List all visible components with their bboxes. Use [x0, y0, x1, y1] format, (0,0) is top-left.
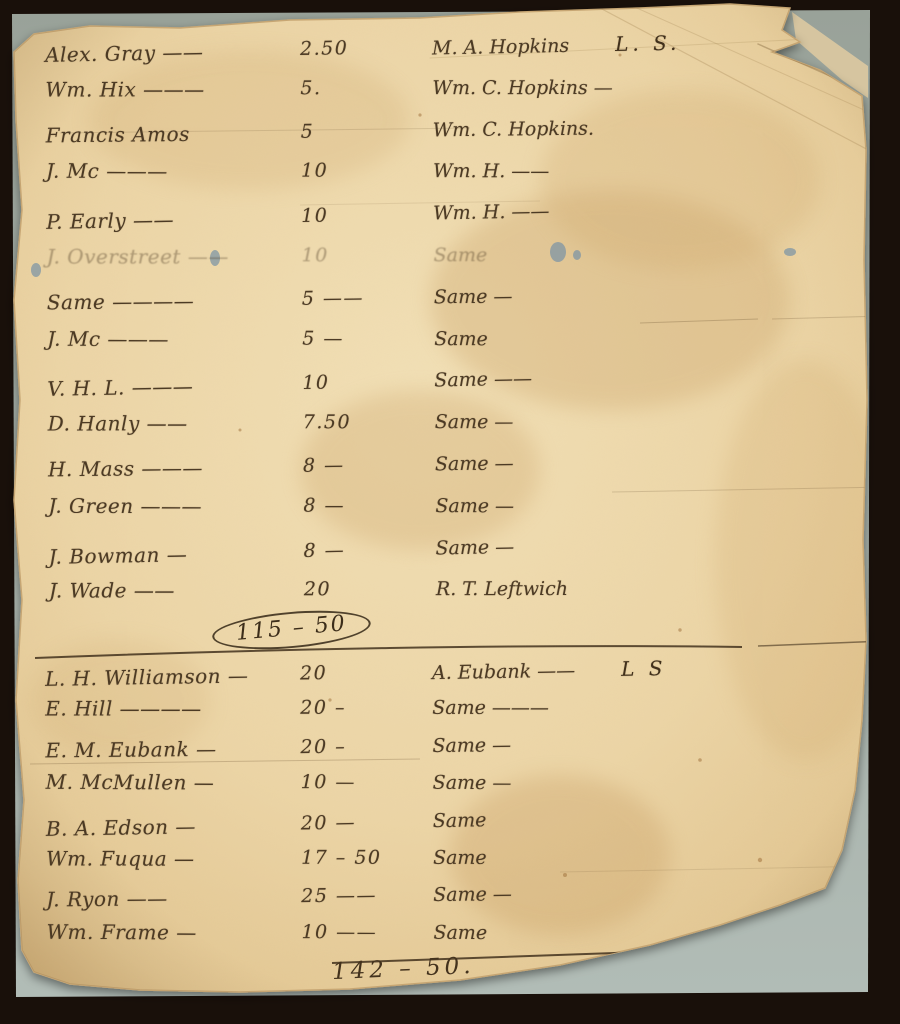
payee-cell: Wm. C. Hopkins.	[433, 117, 595, 141]
payer-name: J. Bowman —	[48, 542, 187, 569]
payer-name: V. H. L. ———	[47, 374, 193, 401]
payee-cell: Wm. C. Hopkins —	[432, 77, 612, 99]
payee-name: A. Eubank ——	[432, 660, 576, 684]
payer-name: Wm. Hix ———	[45, 77, 204, 101]
payee-cell: Same —	[435, 411, 514, 433]
fee-amount: 5	[301, 120, 315, 142]
fee-amount: 2.50	[300, 37, 349, 60]
payee-name: Wm. H. ——	[433, 200, 550, 224]
scanned-ledger-document: Alex. Gray —— 2.50 M. A. HopkinsL. S. Wm…	[0, 0, 900, 1024]
ledger-row: Same ———— 5 —— Same —	[2, 279, 900, 330]
payer-name: B. A. Edson —	[46, 814, 196, 841]
payee-name: Wm. C. Hopkins —	[432, 77, 612, 99]
payer-name: E. M. Eubank —	[45, 737, 216, 762]
fee-amount: 20 –	[300, 736, 346, 758]
payee-cell: Same —	[433, 772, 512, 794]
payee-name: Same —	[434, 285, 513, 308]
payee-name: Same	[434, 328, 488, 350]
payee-cell: Same —	[433, 884, 512, 907]
payer-name: L. H. Williamson —	[45, 663, 249, 691]
ledger-row: J. Ryon —— 25 —— Same —	[1, 878, 900, 923]
payer-name: J. Mc ———	[46, 159, 168, 183]
fee-amount: 10	[301, 160, 328, 182]
fee-amount: 10 ——	[301, 921, 377, 943]
payee-cell: Same ——	[434, 368, 532, 392]
payee-name: Same —	[435, 536, 514, 560]
fee-amount: 5.	[300, 77, 321, 99]
payee-name: Same —	[433, 884, 512, 907]
seal-mark: L S	[621, 656, 667, 681]
payee-name: Same ——	[434, 368, 532, 392]
fee-amount: 20 —	[301, 811, 357, 834]
ledger-row: J. Wade —— 20 R. T. Leftwich	[4, 576, 900, 619]
payer-name: Alex. Gray ——	[45, 40, 204, 67]
payee-name: Same —	[435, 452, 514, 475]
fee-amount: 10	[302, 372, 330, 395]
payee-cell: Wm. H. ——	[433, 200, 550, 224]
payee-cell: R. T. Leftwich	[436, 578, 568, 600]
payee-cell: Same	[433, 921, 487, 943]
fee-amount: 5 ——	[302, 287, 364, 310]
ledger-row: E. M. Eubank — 20 – Same —	[0, 729, 900, 774]
fee-amount: 8 —	[303, 494, 345, 516]
fee-amount: 10 —	[301, 771, 356, 793]
payee-cell: A. Eubank ——L S	[432, 656, 667, 684]
payee-cell: Same —	[434, 285, 513, 308]
payee-cell: M. A. HopkinsL. S.	[432, 31, 681, 60]
payee-cell: Same ———	[432, 697, 549, 719]
payee-name: Wm. C. Hopkins.	[433, 117, 595, 141]
payer-name: Wm. Fuqua —	[46, 846, 194, 870]
ledger-row: Francis Amos 5 Wm. C. Hopkins.	[1, 112, 900, 163]
payer-name: Same ————	[47, 289, 195, 315]
payee-cell: Wm. H. ——	[433, 160, 549, 182]
payee-name: M. A. Hopkins	[432, 35, 569, 60]
payer-name: Francis Amos	[46, 121, 190, 147]
payer-name: J. Green ———	[48, 493, 202, 518]
ledger-section-2: L. H. Williamson — 20 A. Eubank ——L S E.…	[0, 655, 900, 959]
payee-cell: Same	[434, 244, 488, 266]
payee-cell: Same —	[435, 536, 514, 560]
payee-name: Same	[434, 244, 488, 266]
payee-name: Same ———	[432, 697, 549, 719]
ledger-row: J. Overstreet —— 10 Same	[2, 242, 900, 285]
payer-name: P. Early ——	[46, 208, 174, 234]
fee-amount: 10	[301, 205, 329, 228]
ledger-row: E. Hill ———— 20 – Same ———	[0, 695, 900, 733]
payer-name: D. Hanly ——	[48, 412, 188, 436]
payee-name: Same —	[433, 772, 512, 794]
fee-amount: 8 —	[303, 454, 345, 476]
fee-amount: 8 —	[303, 539, 345, 562]
ledger-row: D. Hanly —— 7.50 Same —	[3, 409, 900, 452]
payee-name: Same —	[435, 495, 514, 517]
payee-cell: Same —	[435, 452, 514, 475]
fee-amount: 10	[302, 244, 329, 266]
fee-amount: 20 –	[300, 697, 346, 719]
payee-name: R. T. Leftwich	[436, 578, 568, 600]
payee-name: Same	[433, 809, 487, 832]
ledger-row: Wm. Hix ——— 5. Wm. C. Hopkins —	[0, 75, 900, 118]
fee-amount: 25 ——	[301, 885, 377, 908]
fee-amount: 17 – 50	[301, 847, 381, 869]
fee-amount: 5 —	[302, 327, 344, 349]
fee-amount: 7.50	[303, 411, 351, 433]
ledger-row: H. Mass ——— 8 — Same —	[3, 446, 900, 497]
payer-name: H. Mass ———	[48, 456, 203, 482]
payer-name: Wm. Frame —	[46, 919, 196, 944]
payee-name: Same —	[432, 734, 511, 757]
fee-amount: 20	[300, 662, 328, 684]
fee-amount: 20	[304, 579, 331, 601]
payer-name: E. Hill ————	[45, 697, 201, 721]
payee-name: Same	[433, 847, 487, 869]
payer-name: M. McMullen —	[46, 770, 215, 795]
payee-name: Same	[433, 921, 487, 943]
payee-name: Same —	[435, 411, 514, 433]
ledger-row: Wm. Fuqua — 17 – 50 Same	[1, 844, 900, 882]
payee-name: Wm. H. ——	[433, 160, 549, 182]
payee-cell: Same —	[432, 734, 511, 757]
payee-cell: Same	[433, 847, 487, 869]
payer-name: J. Wade ——	[49, 579, 175, 603]
payer-name: J. Mc ———	[47, 326, 169, 350]
payer-name: J. Overstreet ——	[47, 244, 229, 268]
ledger-section-1: Alex. Gray —— 2.50 M. A. HopkinsL. S. Wm…	[0, 30, 900, 621]
payee-cell: Same	[433, 809, 487, 832]
seal-mark: L. S.	[615, 31, 681, 56]
payee-cell: Same —	[435, 495, 514, 517]
payer-name: J. Ryon ——	[46, 887, 168, 912]
payee-cell: Same	[434, 328, 488, 350]
